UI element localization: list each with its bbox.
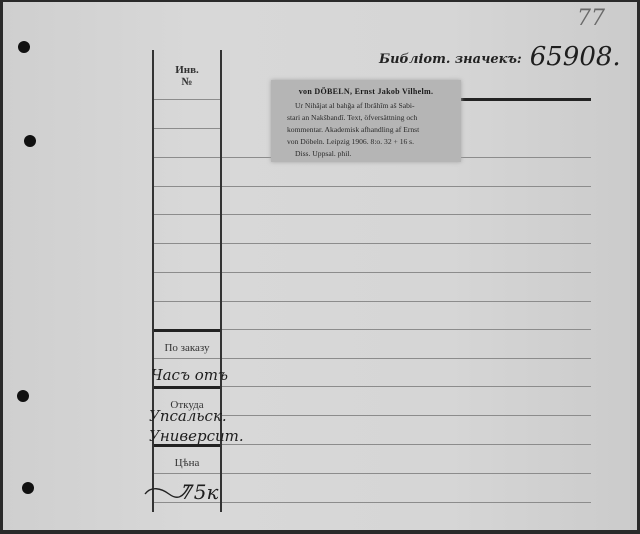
- clipping-line: stari an Nakšbandî. Text, öfversättning …: [287, 112, 459, 124]
- clipping-body: Ur Nihâjat al bahğa af Ibrâhîm aš Sabi- …: [287, 100, 459, 160]
- library-mark-value: 65908.: [530, 42, 621, 72]
- from-value-line1: Упсальск.: [149, 407, 227, 425]
- ruled-line: [154, 186, 220, 187]
- punch-hole: [24, 135, 36, 147]
- ruled-line: [222, 473, 591, 474]
- ruled-line: [154, 473, 220, 474]
- ruled-line: [222, 272, 591, 273]
- clipping-heading: von DÖBELN, Ernst Jakob Vilhelm.: [271, 87, 461, 96]
- ruled-line: [154, 157, 220, 158]
- pasted-clipping: von DÖBELN, Ernst Jakob Vilhelm. Ur Nihâ…: [271, 80, 461, 162]
- price-flourish: [141, 480, 191, 510]
- no-label: №: [154, 76, 220, 88]
- library-mark: Библіот. значекъ: 65908.: [379, 40, 617, 70]
- ruled-line: [154, 99, 220, 100]
- ruled-line: [154, 128, 220, 129]
- punch-hole: [18, 41, 30, 53]
- punch-hole: [17, 390, 29, 402]
- ruled-line: [154, 301, 220, 302]
- ruled-line: [154, 358, 220, 359]
- ruled-line: [222, 415, 591, 416]
- clipping-line: Diss. Uppsal. phil.: [287, 148, 459, 160]
- ruled-line: [154, 272, 220, 273]
- clipping-line: von Döbeln. Leipzig 1906. 8:o. 32 + 16 s…: [287, 136, 459, 148]
- ruled-line: [222, 386, 591, 387]
- ruled-line: [154, 214, 220, 215]
- clipping-line: kommentar. Akademisk afhandling af Ernst: [287, 124, 459, 136]
- ruled-line: [222, 444, 591, 445]
- ruled-line: [222, 329, 591, 330]
- ruled-line: [222, 214, 591, 215]
- price-label: Цѣна: [154, 457, 220, 469]
- from-value-line2: Университ.: [149, 427, 244, 445]
- ruled-line: [222, 358, 591, 359]
- ruled-line: [222, 186, 591, 187]
- section-rule: [154, 386, 220, 389]
- punch-hole: [22, 482, 34, 494]
- ruled-line: [222, 243, 591, 244]
- inv-label: Инв.: [154, 64, 220, 76]
- catalog-card: 77 Библіот. значекъ: 65908. Инв. № По за…: [3, 2, 637, 530]
- section-rule: [154, 329, 220, 332]
- ruled-line: [222, 301, 591, 302]
- clipping-line: Ur Nihâjat al bahğa af Ibrâhîm aš Sabi-: [287, 100, 459, 112]
- ruled-line: [222, 502, 591, 503]
- ruled-line: [154, 243, 220, 244]
- library-mark-label: Библіот. значекъ:: [379, 52, 522, 67]
- order-value: Часъ отъ: [151, 366, 228, 384]
- corner-number: 77: [577, 6, 605, 31]
- order-label: По заказу: [154, 342, 220, 354]
